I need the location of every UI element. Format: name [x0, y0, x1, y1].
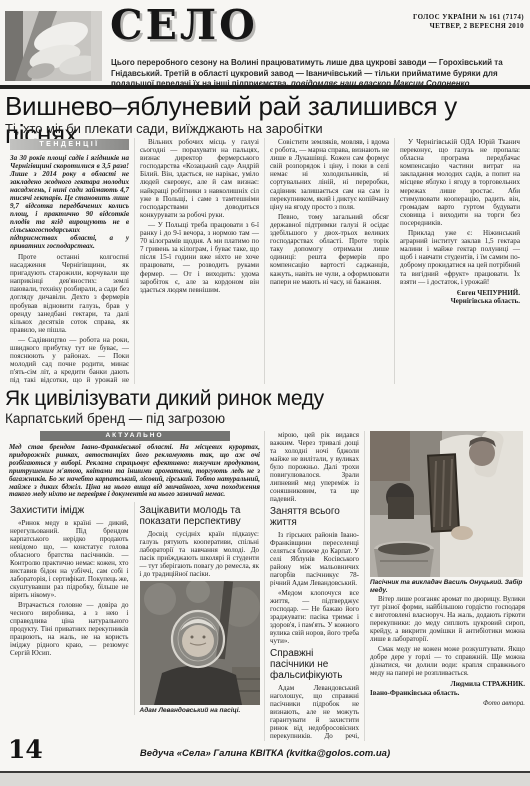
kicker-actual: АКТУАЛЬНО — [40, 431, 230, 441]
article2-paragraph: Смак меду не кожен може розкуштувати. Як… — [370, 645, 525, 677]
article1-paragraph: У Чернігівській ОДА Юрій Тканич перекону… — [400, 138, 520, 227]
article1-paragraph: Проте останні колгоспні насадження Черні… — [10, 253, 129, 334]
article2-column-3: мірою, цей рік видався важким. Через три… — [265, 431, 365, 741]
article1-column-1: ТЕНДЕНЦІЇ За 30 років площі садів і ягід… — [5, 138, 135, 384]
article2-intro: Мед став брендом Івано-Франківської обла… — [9, 444, 260, 499]
article1-columns: ТЕНДЕНЦІЇ За 30 років площі садів і ягід… — [5, 138, 525, 384]
article2-byline-place: Івано-Франківська область. — [370, 689, 525, 698]
article1-byline-place: Чернігівська область. — [400, 297, 520, 306]
crosshead-protect-image: Захистити імідж — [10, 505, 129, 516]
article2-paragraph: мірою, цей рік видався важким. Через три… — [270, 431, 359, 503]
crosshead-engage-youth: Зацікавити молодь та показати перспектив… — [140, 505, 260, 527]
article2-subheadline: Карпатський бренд — під загрозою — [5, 411, 225, 426]
article1-paragraph: Приклад уже є: Ніжинський аграрний інсти… — [400, 229, 520, 286]
article1-column-2: Вільних робочих місць у галузі сьогодні … — [135, 138, 265, 384]
article2-column-1: Захистити імідж «Ринок меду в країні — д… — [5, 502, 135, 715]
newspaper-page: СЕЛО ГОЛОС УКРАЇНИ № 161 (7174) ЧЕТВЕР, … — [0, 0, 530, 786]
article1-column-3: Совістити земляків, мовляв, і вдома є ро… — [265, 138, 395, 384]
header-rule — [0, 85, 530, 89]
article2-right-half: мірою, цей рік видався важким. Через три… — [265, 431, 525, 741]
crosshead-life-occupation: Заняття всього життя — [270, 506, 359, 528]
page-edge-strip — [0, 773, 530, 786]
sugar-beet-photo — [5, 11, 102, 81]
article2-paragraph: Адам Левандовський наголошує, що справжн… — [270, 684, 359, 741]
article2-headline: Як цивілізувати дикий ринок меду — [5, 387, 324, 410]
honey-photo-caption: Пасічник та викладач Василь Онуцький. За… — [370, 579, 525, 595]
article2-column-2: Зацікавити молодь та показати перспектив… — [135, 502, 265, 715]
article1-intro: За 30 років площі садів і ягідників на Ч… — [10, 154, 129, 250]
article2-left-columns: Захистити імідж «Ринок меду в країні — д… — [5, 502, 264, 715]
article2-column-4: Пасічник та викладач Василь Онуцький. За… — [365, 431, 525, 741]
kicker-tendencies: ТЕНДЕНЦІЇ — [10, 139, 129, 150]
article2-paragraph: Вітер лише розганяє аромат по дворищу. В… — [370, 595, 525, 643]
article2-byline-name: Людмила СТРАЖНИК. — [370, 680, 525, 689]
article1-byline-name: Євген ЧЕПУРНИЙ. — [400, 289, 520, 298]
article1-paragraph: — У Польщі треба працювати з 6-ї ранку і… — [140, 221, 259, 294]
article2-body: АКТУАЛЬНО Мед став брендом Івано-Франків… — [5, 431, 525, 741]
article1-paragraph: Певно, тому загальний обсяг державної пі… — [270, 213, 389, 286]
article1-paragraph: — Садівництво — робота на роки, швидкого… — [10, 336, 129, 384]
photo-credit: Фото автора. — [370, 700, 525, 708]
issue-info: ГОЛОС УКРАЇНИ № 161 (7174) ЧЕТВЕР, 2 ВЕР… — [413, 13, 524, 31]
article2-paragraph: Досвід сусідніх країн підказує: галузь р… — [140, 530, 260, 578]
article2-paragraph: Із гірських районів Івано-Франківщини пе… — [270, 531, 359, 587]
article2-paragraph: «Медом клопочуся все життя, — підтверджу… — [270, 589, 359, 645]
article1-subheadline: Ті, хто міг би плекати сади, виїжджають … — [5, 121, 323, 136]
footer-editor-line: Ведуча «Села» Галина КВІТКА (kvitka@golo… — [0, 748, 530, 759]
article1-byline: Євген ЧЕПУРНИЙ. Чернігівська область. — [400, 289, 520, 306]
article1-column-4: У Чернігівській ОДА Юрій Тканич перекону… — [395, 138, 525, 384]
honey-extraction-photo — [370, 431, 523, 577]
beekeeper-photo-caption: Адам Левандовський на пасіці. — [140, 707, 260, 715]
article2-paragraph: Втрачається головне — довіра до чесного … — [10, 601, 129, 657]
article1-paragraph: Совістити земляків, мовляв, і вдома є ро… — [270, 138, 389, 211]
beekeeper-photo — [140, 581, 260, 705]
article2-left-half: АКТУАЛЬНО Мед став брендом Івано-Франків… — [5, 431, 265, 741]
crosshead-no-falsify: Справжні пасічники не фальсифікують — [270, 648, 359, 681]
newspaper-title: СЕЛО — [110, 2, 258, 48]
article2-paragraph: «Ринок меду в країні — дикий, нерегульов… — [10, 519, 129, 599]
article1-paragraph: Вільних робочих місць у галузі сьогодні … — [140, 138, 259, 219]
